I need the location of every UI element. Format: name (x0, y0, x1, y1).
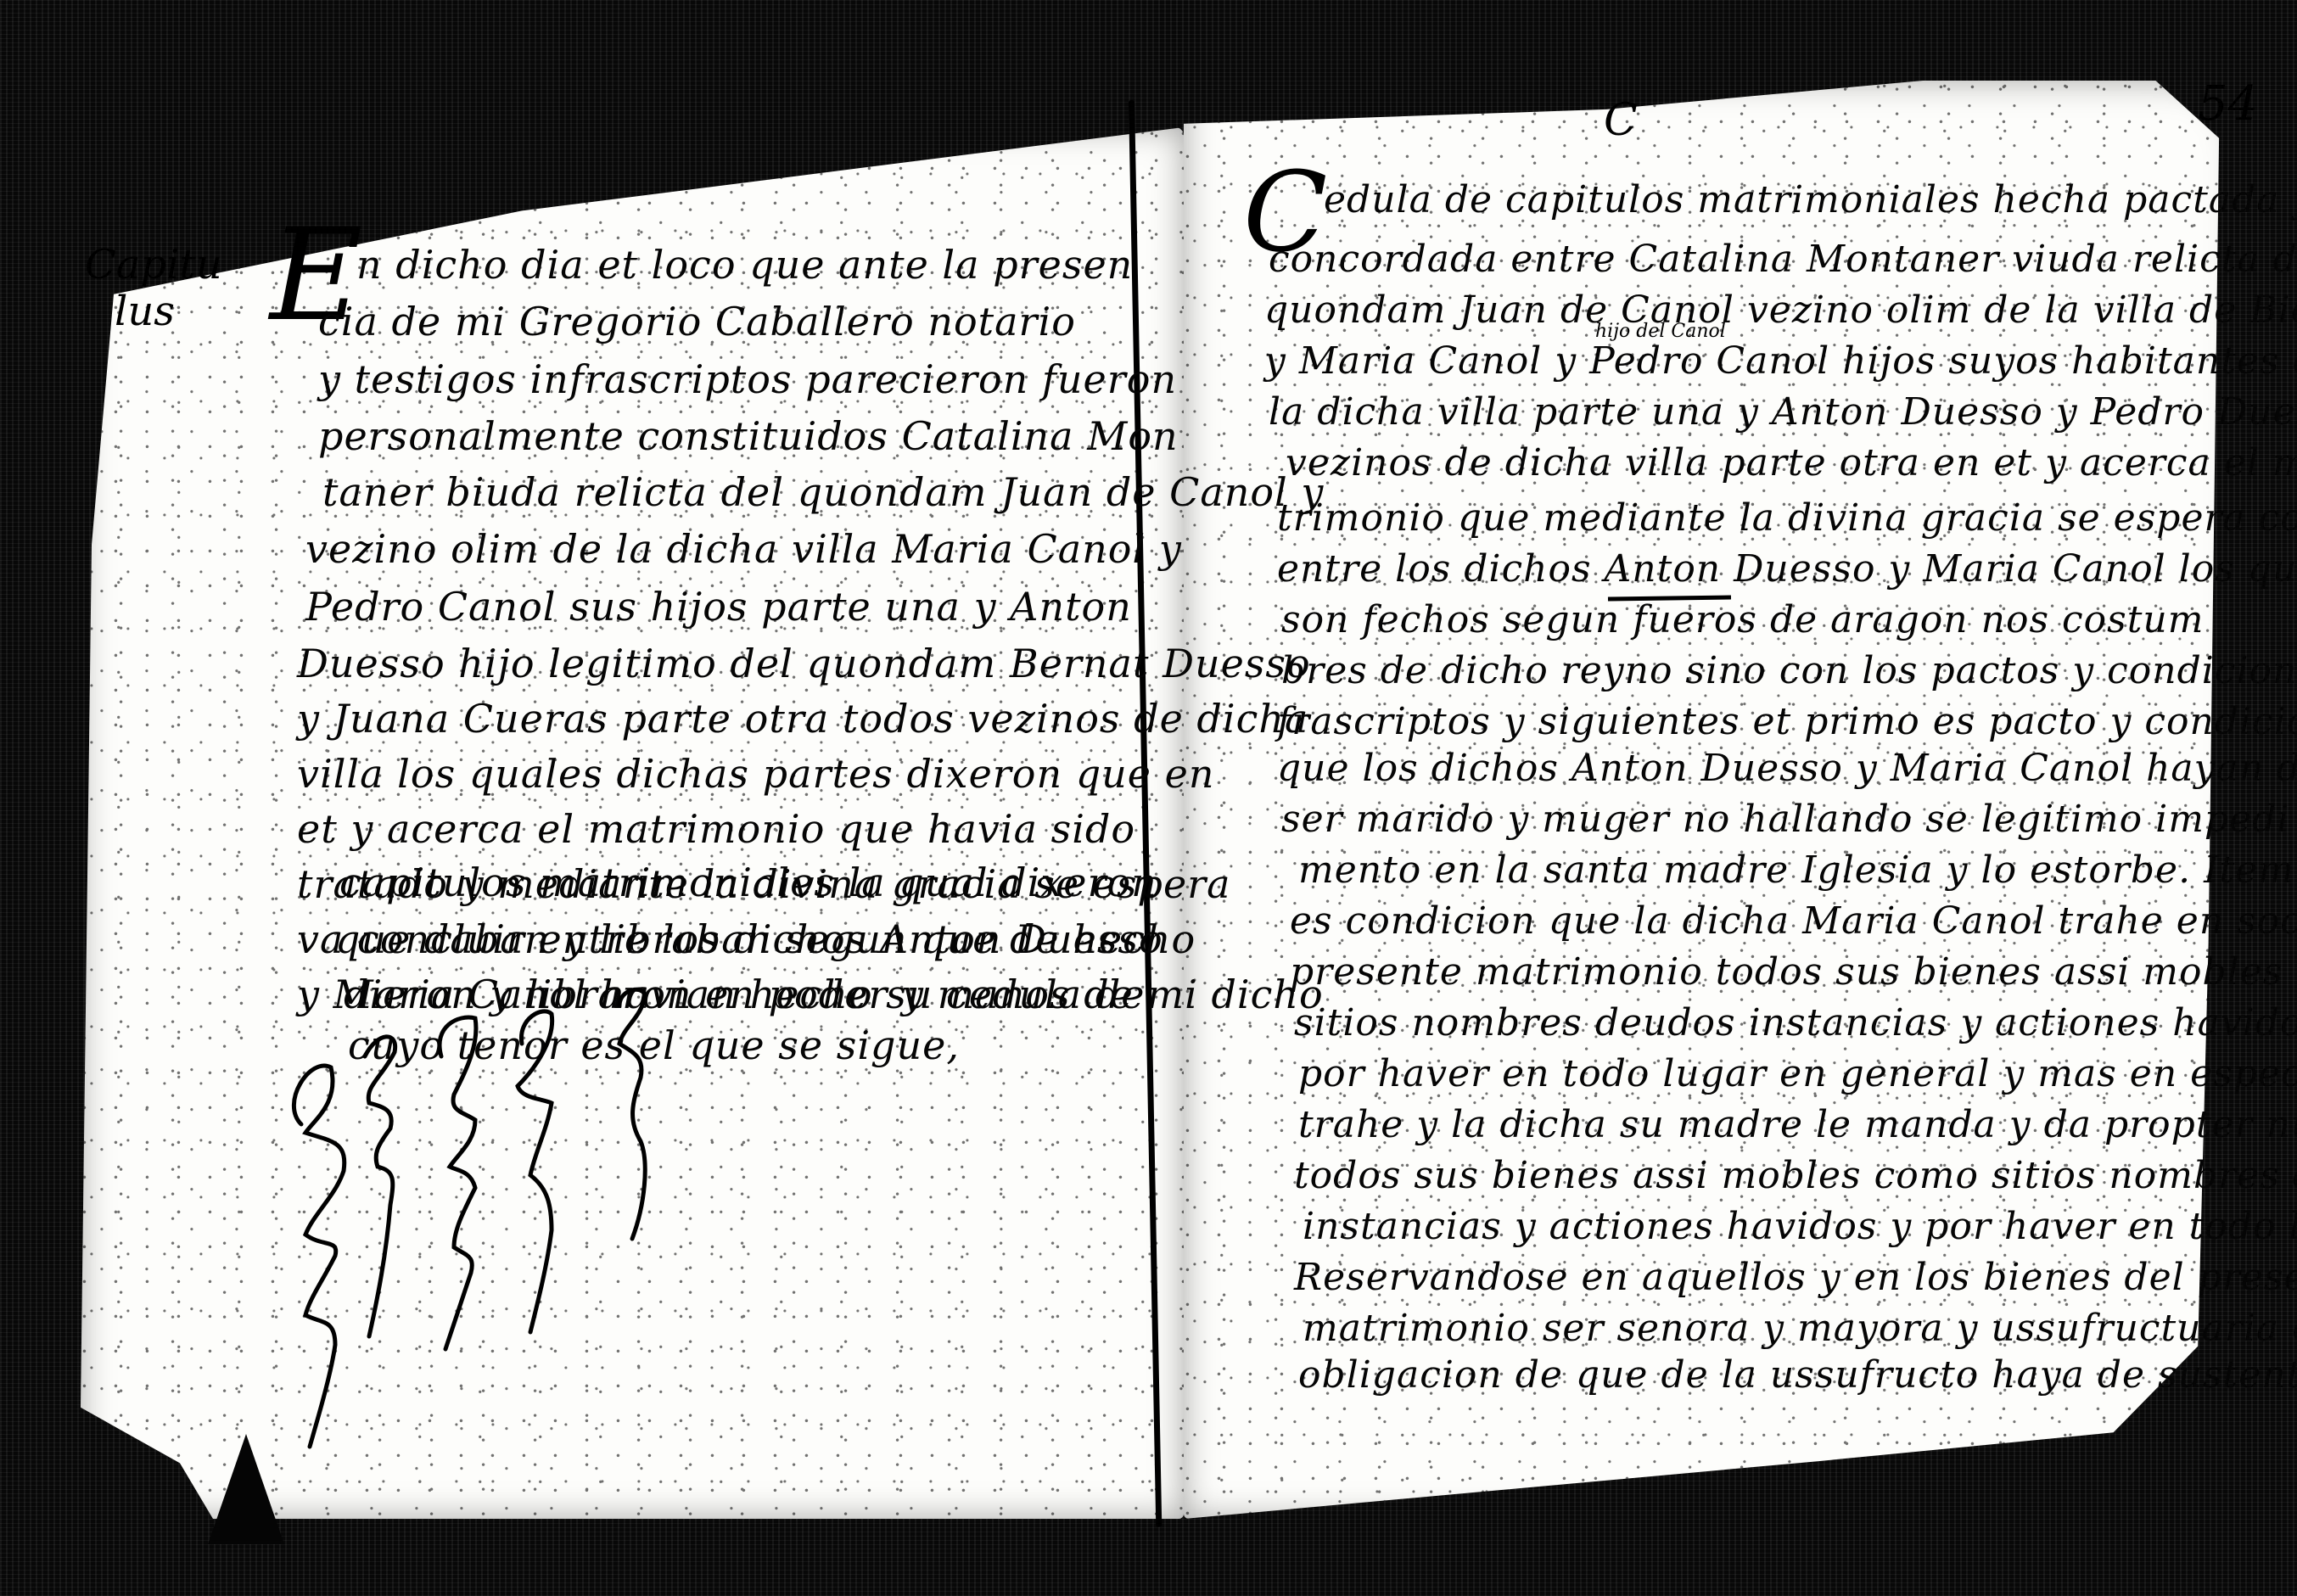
flourish-mark (440, 1017, 476, 1349)
strikethrough-line (1608, 597, 1731, 599)
signature-flourishes (0, 0, 2297, 1596)
flourish-mark (365, 1037, 395, 1336)
flourish-mark (294, 1066, 344, 1447)
flourish-mark (518, 1011, 552, 1332)
flourish-mark (619, 989, 645, 1239)
